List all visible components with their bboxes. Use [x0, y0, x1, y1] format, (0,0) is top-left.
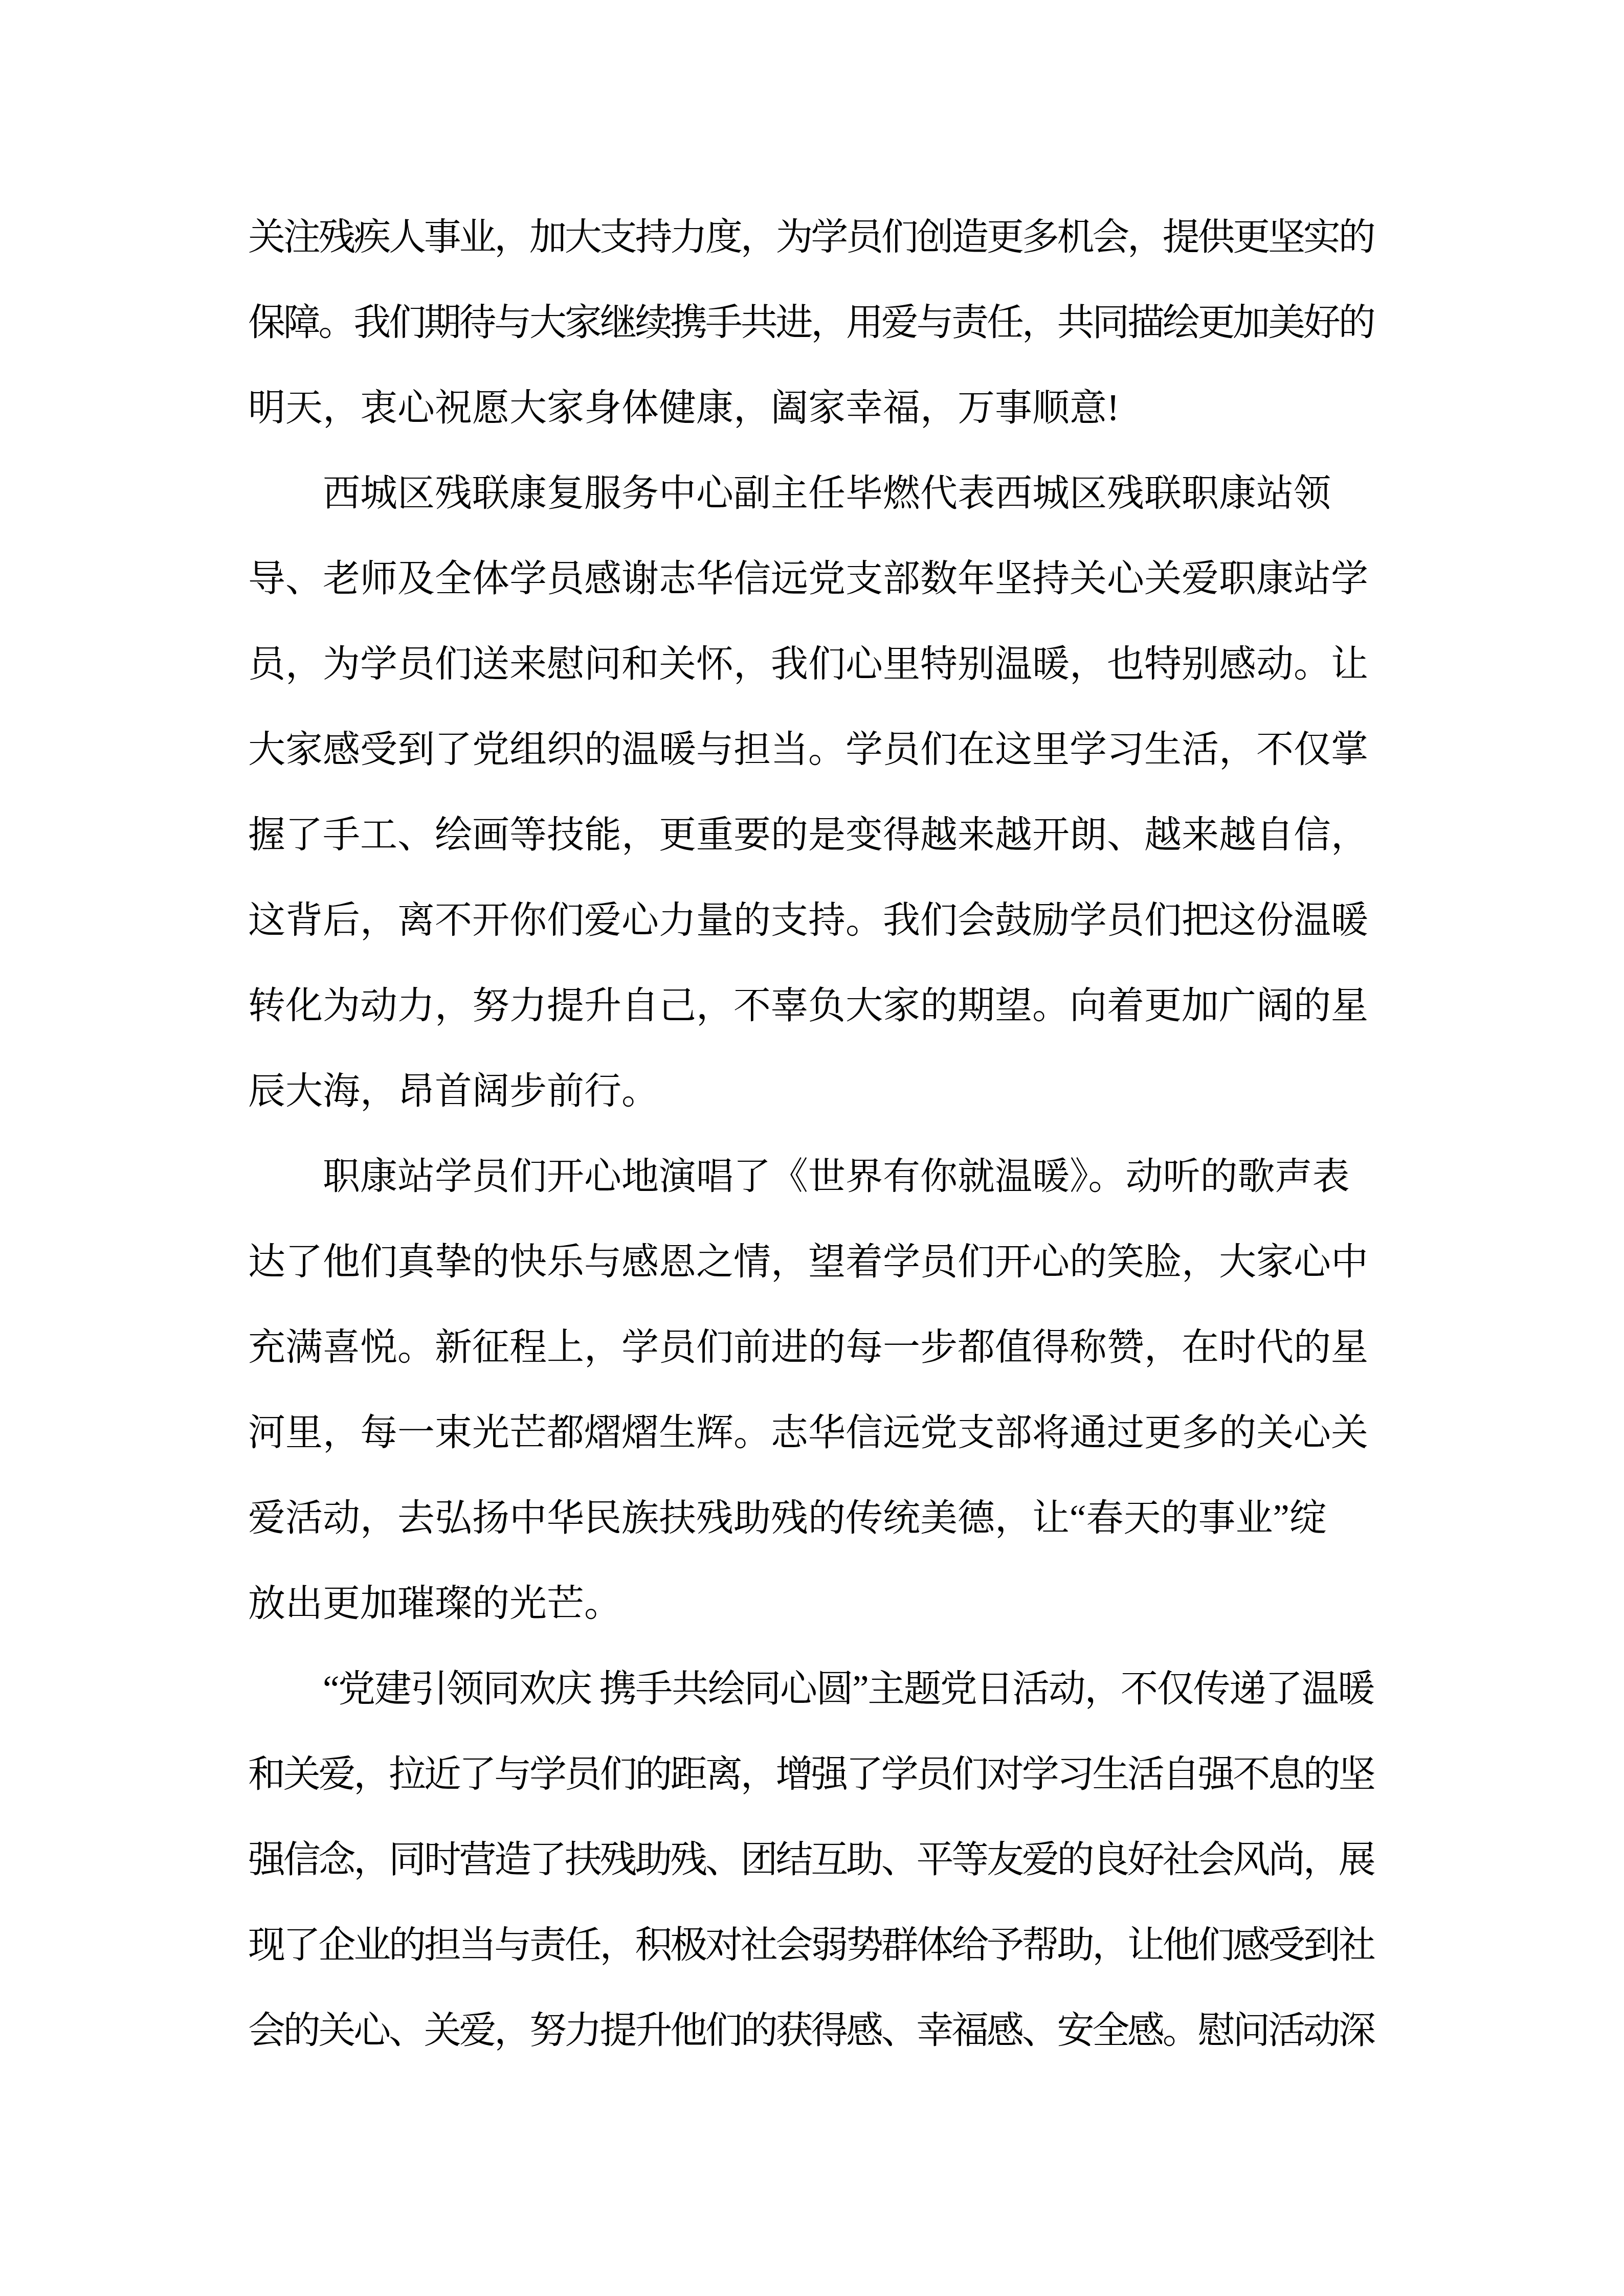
text-line: 现了企业的担当与责任，积极对社会弱势群体给予帮助，让他们感受到社 — [248, 1902, 1378, 1988]
text-line: 员，为学员们送来慰问和关怀，我们心里特别温暖，也特别感动。让 — [248, 621, 1378, 707]
text-line: 达了他们真挚的快乐与感恩之情，望着学员们开心的笑脸，大家心中 — [248, 1219, 1378, 1304]
paragraph-2: 西城区残联康复服务中心副主任毕燃代表西城区残联职康站领 导、老师及全体学员感谢志… — [248, 451, 1378, 1134]
text-line: “党建引领同欢庆 携手共绘同心圆”主题党日活动，不仅传递了温暖 — [248, 1646, 1378, 1731]
text-line: 握了手工、绘画等技能，更重要的是变得越来越开朗、越来越自信， — [248, 792, 1378, 877]
text-line: 放出更加璀璨的光芒。 — [248, 1561, 1378, 1646]
text-line: 这背后，离不开你们爱心力量的支持。我们会鼓励学员们把这份温暖 — [248, 877, 1378, 963]
paragraph-4: “党建引领同欢庆 携手共绘同心圆”主题党日活动，不仅传递了温暖 和关爱，拉近了与… — [248, 1646, 1378, 2073]
text-line: 河里，每一束光芒都熠熠生辉。志华信远党支部将通过更多的关心关 — [248, 1390, 1378, 1475]
text-line: 和关爱，拉近了与学员们的距离，增强了学员们对学习生活自强不息的坚 — [248, 1731, 1378, 1817]
text-line: 明天，衷心祝愿大家身体健康，阖家幸福，万事顺意! — [248, 365, 1378, 451]
text-line: 导、老师及全体学员感谢志华信远党支部数年坚持关心关爱职康站学 — [248, 536, 1378, 621]
paragraph-1: 关注残疾人事业，加大支持力度，为学员们创造更多机会，提供更坚实的 保障。我们期待… — [248, 194, 1378, 451]
text-line: 转化为动力，努力提升自己，不辜负大家的期望。向着更加广阔的星 — [248, 963, 1378, 1048]
text-line: 爱活动，去弘扬中华民族扶残助残的传统美德，让“春天的事业”绽 — [248, 1475, 1378, 1561]
text-line: 大家感受到了党组织的温暖与担当。学员们在这里学习生活，不仅掌 — [248, 707, 1378, 792]
document-text-block: 关注残疾人事业，加大支持力度，为学员们创造更多机会，提供更坚实的 保障。我们期待… — [248, 194, 1378, 2073]
document-page: 关注残疾人事业，加大支持力度，为学员们创造更多机会，提供更坚实的 保障。我们期待… — [0, 0, 1624, 2296]
text-line: 保障。我们期待与大家继续携手共进，用爱与责任，共同描绘更加美好的 — [248, 280, 1378, 365]
text-line: 辰大海，昂首阔步前行。 — [248, 1048, 1378, 1134]
paragraph-3: 职康站学员们开心地演唱了《世界有你就温暖》。动听的歌声表 达了他们真挚的快乐与感… — [248, 1134, 1378, 1646]
text-line: 关注残疾人事业，加大支持力度，为学员们创造更多机会，提供更坚实的 — [248, 194, 1378, 280]
text-line: 职康站学员们开心地演唱了《世界有你就温暖》。动听的歌声表 — [248, 1134, 1378, 1219]
text-line: 西城区残联康复服务中心副主任毕燃代表西城区残联职康站领 — [248, 451, 1378, 536]
text-line: 充满喜悦。新征程上，学员们前进的每一步都值得称赞，在时代的星 — [248, 1304, 1378, 1390]
text-line: 强信念，同时营造了扶残助残、团结互助、平等友爱的良好社会风尚，展 — [248, 1817, 1378, 1902]
text-line: 会的关心、关爱，努力提升他们的获得感、幸福感、安全感。慰问活动深 — [248, 1988, 1378, 2073]
